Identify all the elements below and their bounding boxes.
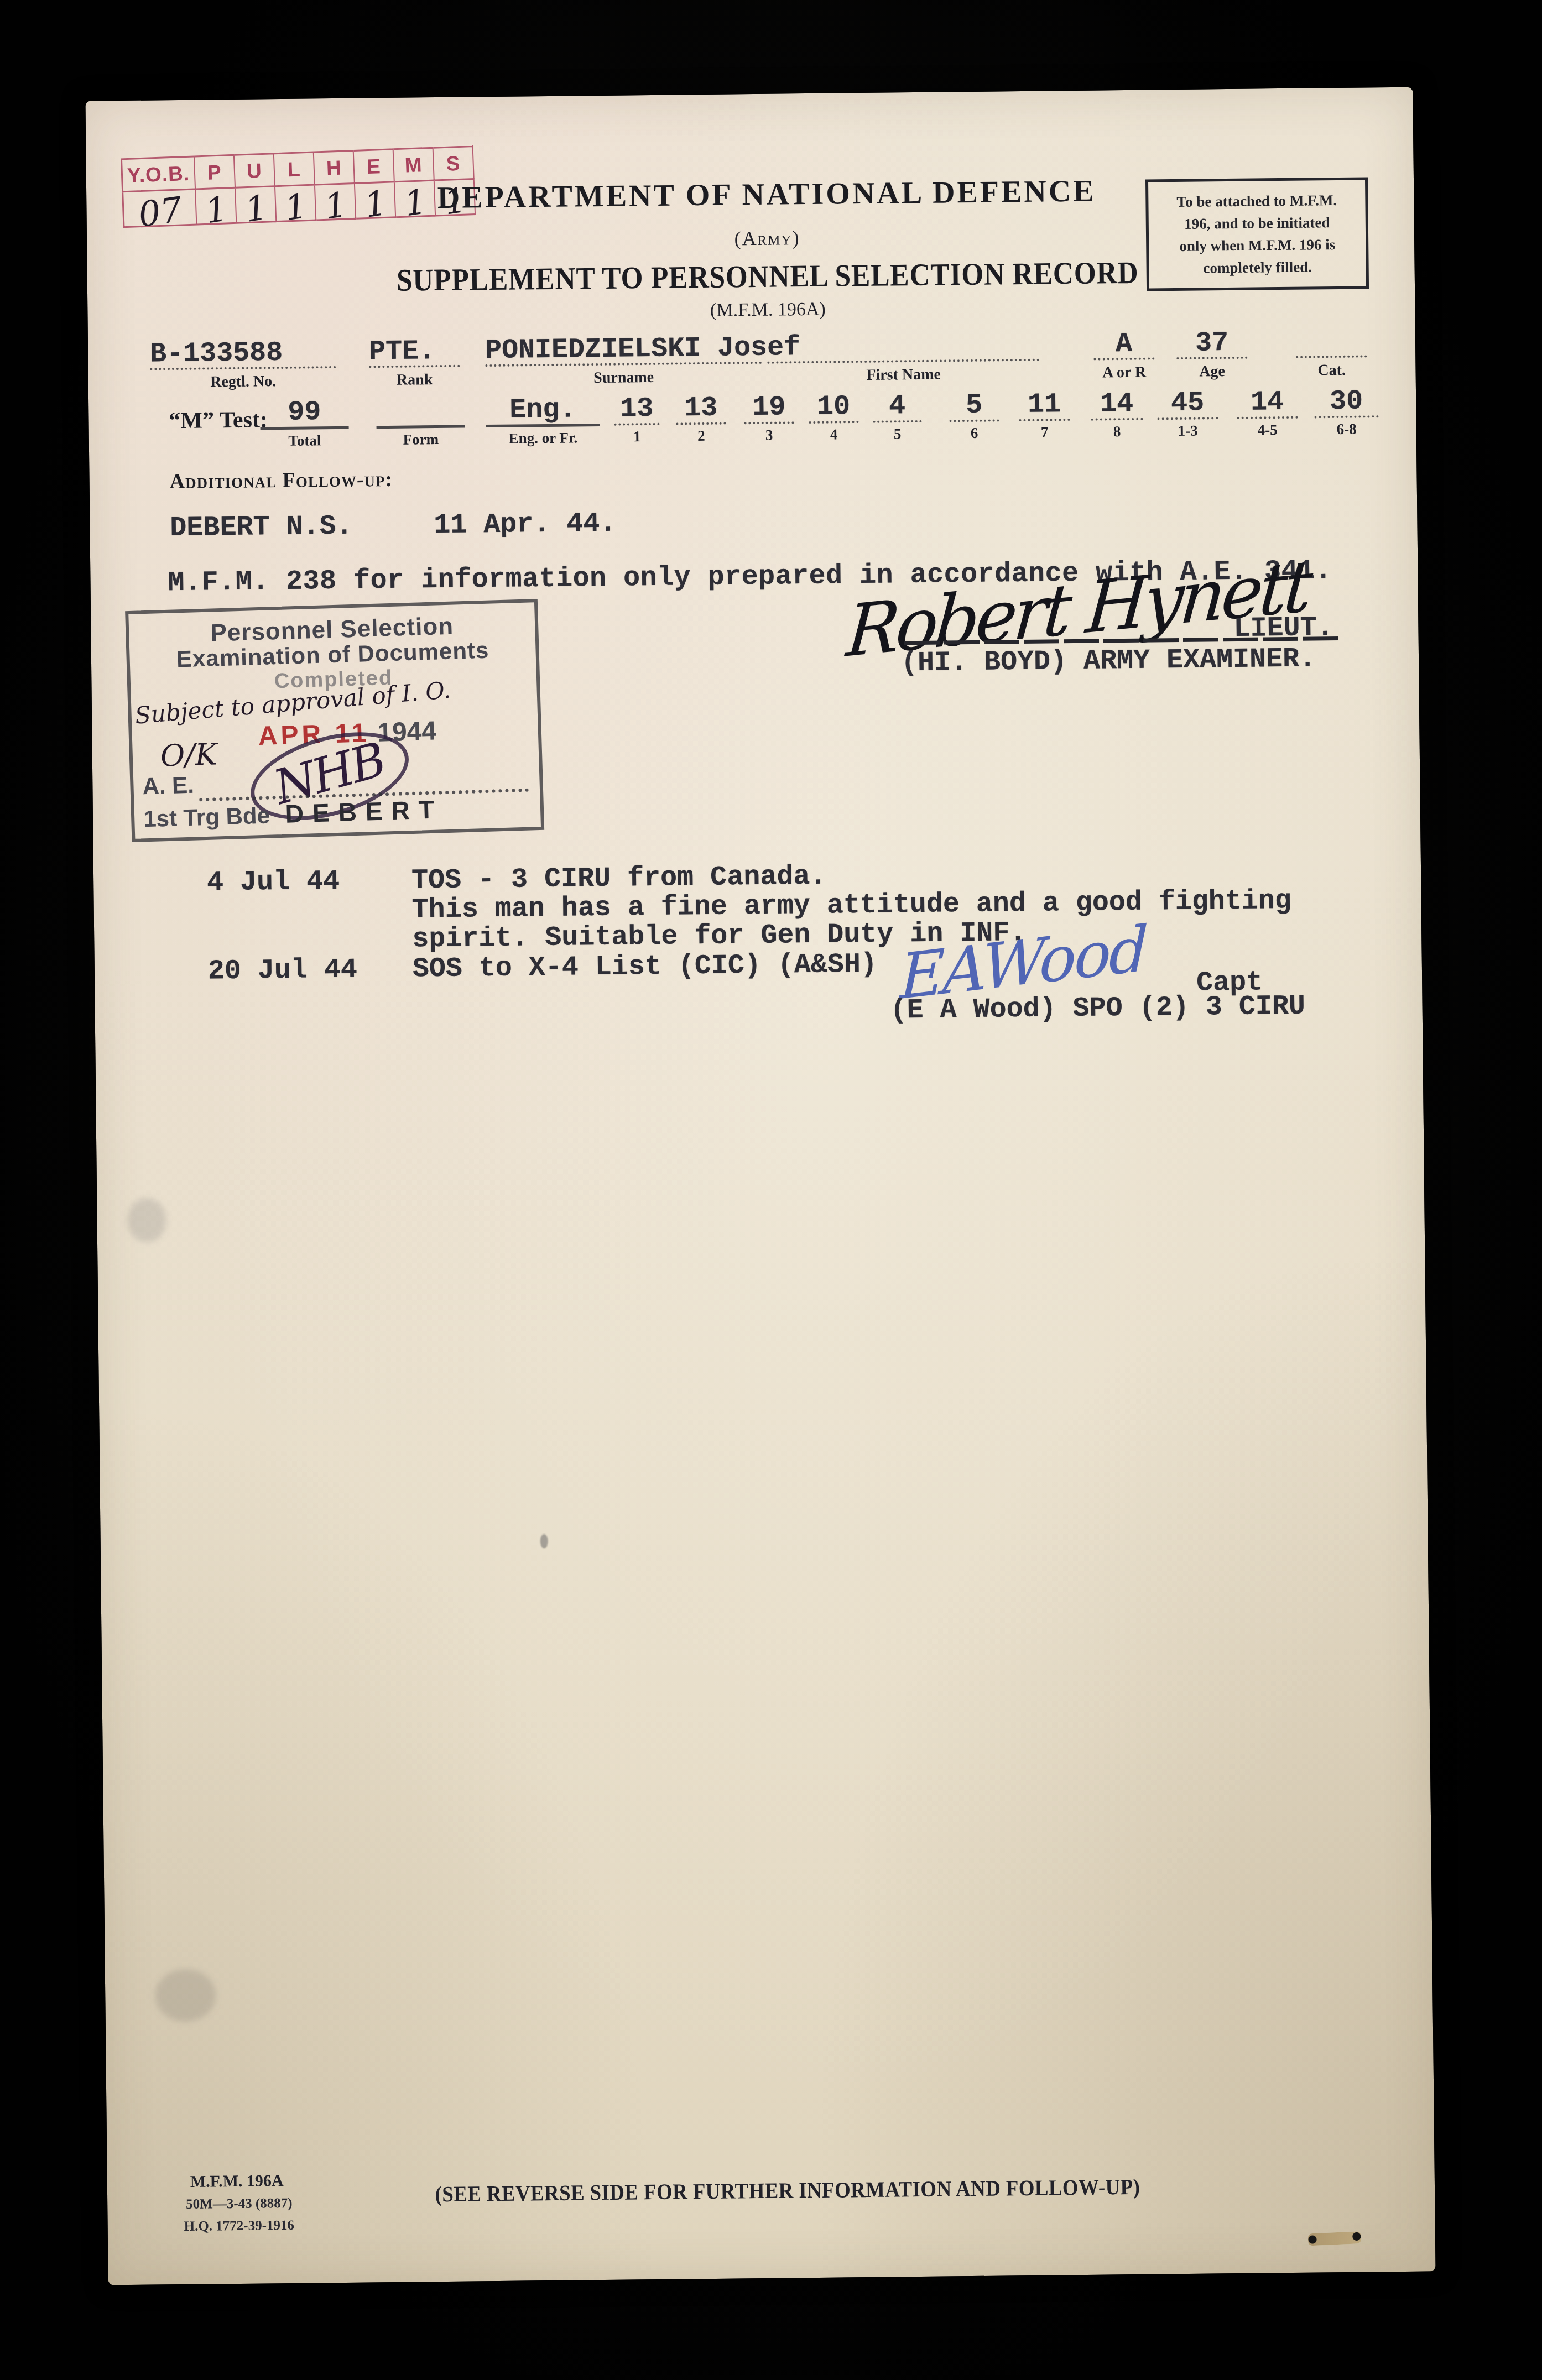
m-test-col-7: 11 7 [1019,390,1070,441]
m-test-sublabel: 2 [676,427,726,445]
form-number: (M.F.M. 196A) [298,295,1238,326]
regtl-no-value: B-133588 [150,338,336,370]
a-or-r-value: A [1093,330,1155,360]
pulhems-header-u: U [235,153,275,189]
m-test-form-value [376,396,465,429]
pulhems-value-u: 1 [236,187,277,224]
regtl-no-label: Regtl. No. [150,372,336,392]
m-test-value: 30 [1314,387,1379,418]
m-test-col-1-3: 45 1-3 [1157,388,1218,440]
pulhems-header-s: S [434,145,475,181]
m-test-form-label: Form [377,431,465,449]
pulhems-header-e: E [354,148,395,184]
rank-label: Rank [369,371,460,390]
pulhems-value-yob: 07 [122,190,197,228]
document-paper: Y.O.B. P U L H E M S 07 1 1 1 1 1 1 1 To… [85,87,1435,2285]
pulhems-header-yob: Y.O.B. [121,155,196,192]
m-test-form: Form [376,396,465,449]
field-surname: PONIEDZIELSKI Josef Surname [485,334,762,388]
examination-stamp-box: Personnel Selection Examination of Docum… [125,599,544,842]
cat-value [1296,327,1367,358]
stamp-unit: 1st Trg Bde [143,802,270,832]
handwritten-digit: 1 [204,194,230,227]
staple-mark [1308,2231,1362,2246]
m-test-lang-label: Eng. or Fr. [486,429,600,447]
m-test-col-6: 5 6 [949,390,999,442]
m-test-sublabel: 5 [873,425,922,443]
m-test-sublabel: 8 [1091,423,1143,441]
field-a-or-r: A A or R [1093,330,1155,382]
pulhems-header-m: M [394,147,435,183]
pulhems-header-p: P [195,154,236,190]
footer-form-id: M.F.M. 196A [190,2172,284,2191]
m-test-value: 5 [949,390,999,422]
ae-label: A. E. [142,772,195,800]
m-test-col-6-8: 30 6-8 [1314,387,1379,438]
stray-pen-mark [540,1534,548,1548]
field-rank: PTE. Rank [369,337,460,390]
m-test-value: 13 [676,394,726,425]
follow-up-date: 11 Apr. 44. [434,508,617,541]
m-test-sublabel: 6 [950,424,999,442]
m-test-sublabel: 1 [614,428,660,446]
handwritten-yob: 07 [137,194,184,231]
m-test-value: 10 [809,392,859,424]
a-or-r-label: A or R [1093,363,1154,382]
m-test-label: “M” Test: [169,406,268,434]
footer-print-code: 50M—3-43 (8887) [186,2196,293,2212]
rank-value: PTE. [369,337,460,368]
m-test-col-4: 10 4 [809,392,859,443]
m-test-value: 13 [614,394,660,426]
entry-text: SOS to X-4 List (CIC) (A&SH) [413,949,878,985]
field-cat: Cat. [1296,327,1367,379]
examiner-name-line: (HI. BOYD) ARMY EXAMINER. [901,643,1316,679]
footer-reverse-note: (SEE REVERSE SIDE FOR FURTHER INFORMATIO… [381,2173,1195,2207]
m-test-total-label: Total [261,432,349,450]
m-test-total-value: 99 [260,398,349,430]
m-test-value: 11 [1019,390,1070,421]
field-first-name: First Name [767,331,1040,385]
m-test-col-3: 19 3 [744,393,794,444]
handwritten-digit: 1 [243,192,269,226]
m-test-value: 14 [1091,389,1143,421]
handwritten-ok: O/K [160,737,218,773]
paper-smudge [127,1198,166,1243]
m-test-total: 99 Total [260,398,349,450]
surname-label: Surname [486,368,762,388]
pulhems-value-p: 1 [196,189,237,226]
m-test-sublabel: 6-8 [1315,420,1379,438]
stamp-location: DEBERT [285,795,444,828]
m-test-value: 19 [744,393,794,424]
surname-value: PONIEDZIELSKI Josef [485,334,762,367]
pulhems-header-h: H [314,150,355,186]
m-test-col-8: 14 8 [1091,389,1143,441]
field-regtl-no: B-133588 Regtl. No. [150,338,336,392]
m-test-lang-value: Eng. [486,395,600,427]
m-test-lang: Eng. Eng. or Fr. [486,395,600,447]
additional-follow-up-heading: Additional Follow-up: [169,467,393,494]
m-test-sublabel: 1-3 [1158,422,1218,440]
cat-label: Cat. [1296,361,1367,379]
follow-up-location: DEBERT N.S. [170,511,353,544]
m-test-sublabel: 7 [1019,424,1070,441]
age-label: Age [1176,363,1247,381]
army-subtitle: (Army) [297,222,1237,255]
m-test-col-1: 13 1 [614,394,660,446]
spo-name-line: (E A Wood) SPO (2) 3 CIRU [890,991,1305,1027]
m-test-sublabel: 4-5 [1237,421,1298,439]
m-test-col-5: 4 5 [873,392,922,443]
entry-date: 4 Jul 44 [207,866,340,899]
paper-smudge [155,1969,216,2022]
form-title: SUPPLEMENT TO PERSONNEL SELECTION RECORD [344,254,1191,299]
footer-hq-code: H.Q. 1772-39-1916 [184,2218,295,2235]
m-test-col-2: 13 2 [676,394,726,445]
m-test-value: 4 [873,392,922,423]
first-name-value [767,331,1040,364]
m-test-col-4-5: 14 4-5 [1237,388,1298,439]
m-test-sublabel: 3 [744,426,794,444]
first-name-label: First Name [768,365,1040,385]
m-test-value: 14 [1237,388,1298,419]
m-test-value: 45 [1157,388,1218,420]
field-age: 37 Age [1176,329,1248,381]
m-test-sublabel: 4 [809,426,859,443]
entry-date: 20 Jul 44 [208,954,358,988]
age-value: 37 [1176,329,1248,359]
